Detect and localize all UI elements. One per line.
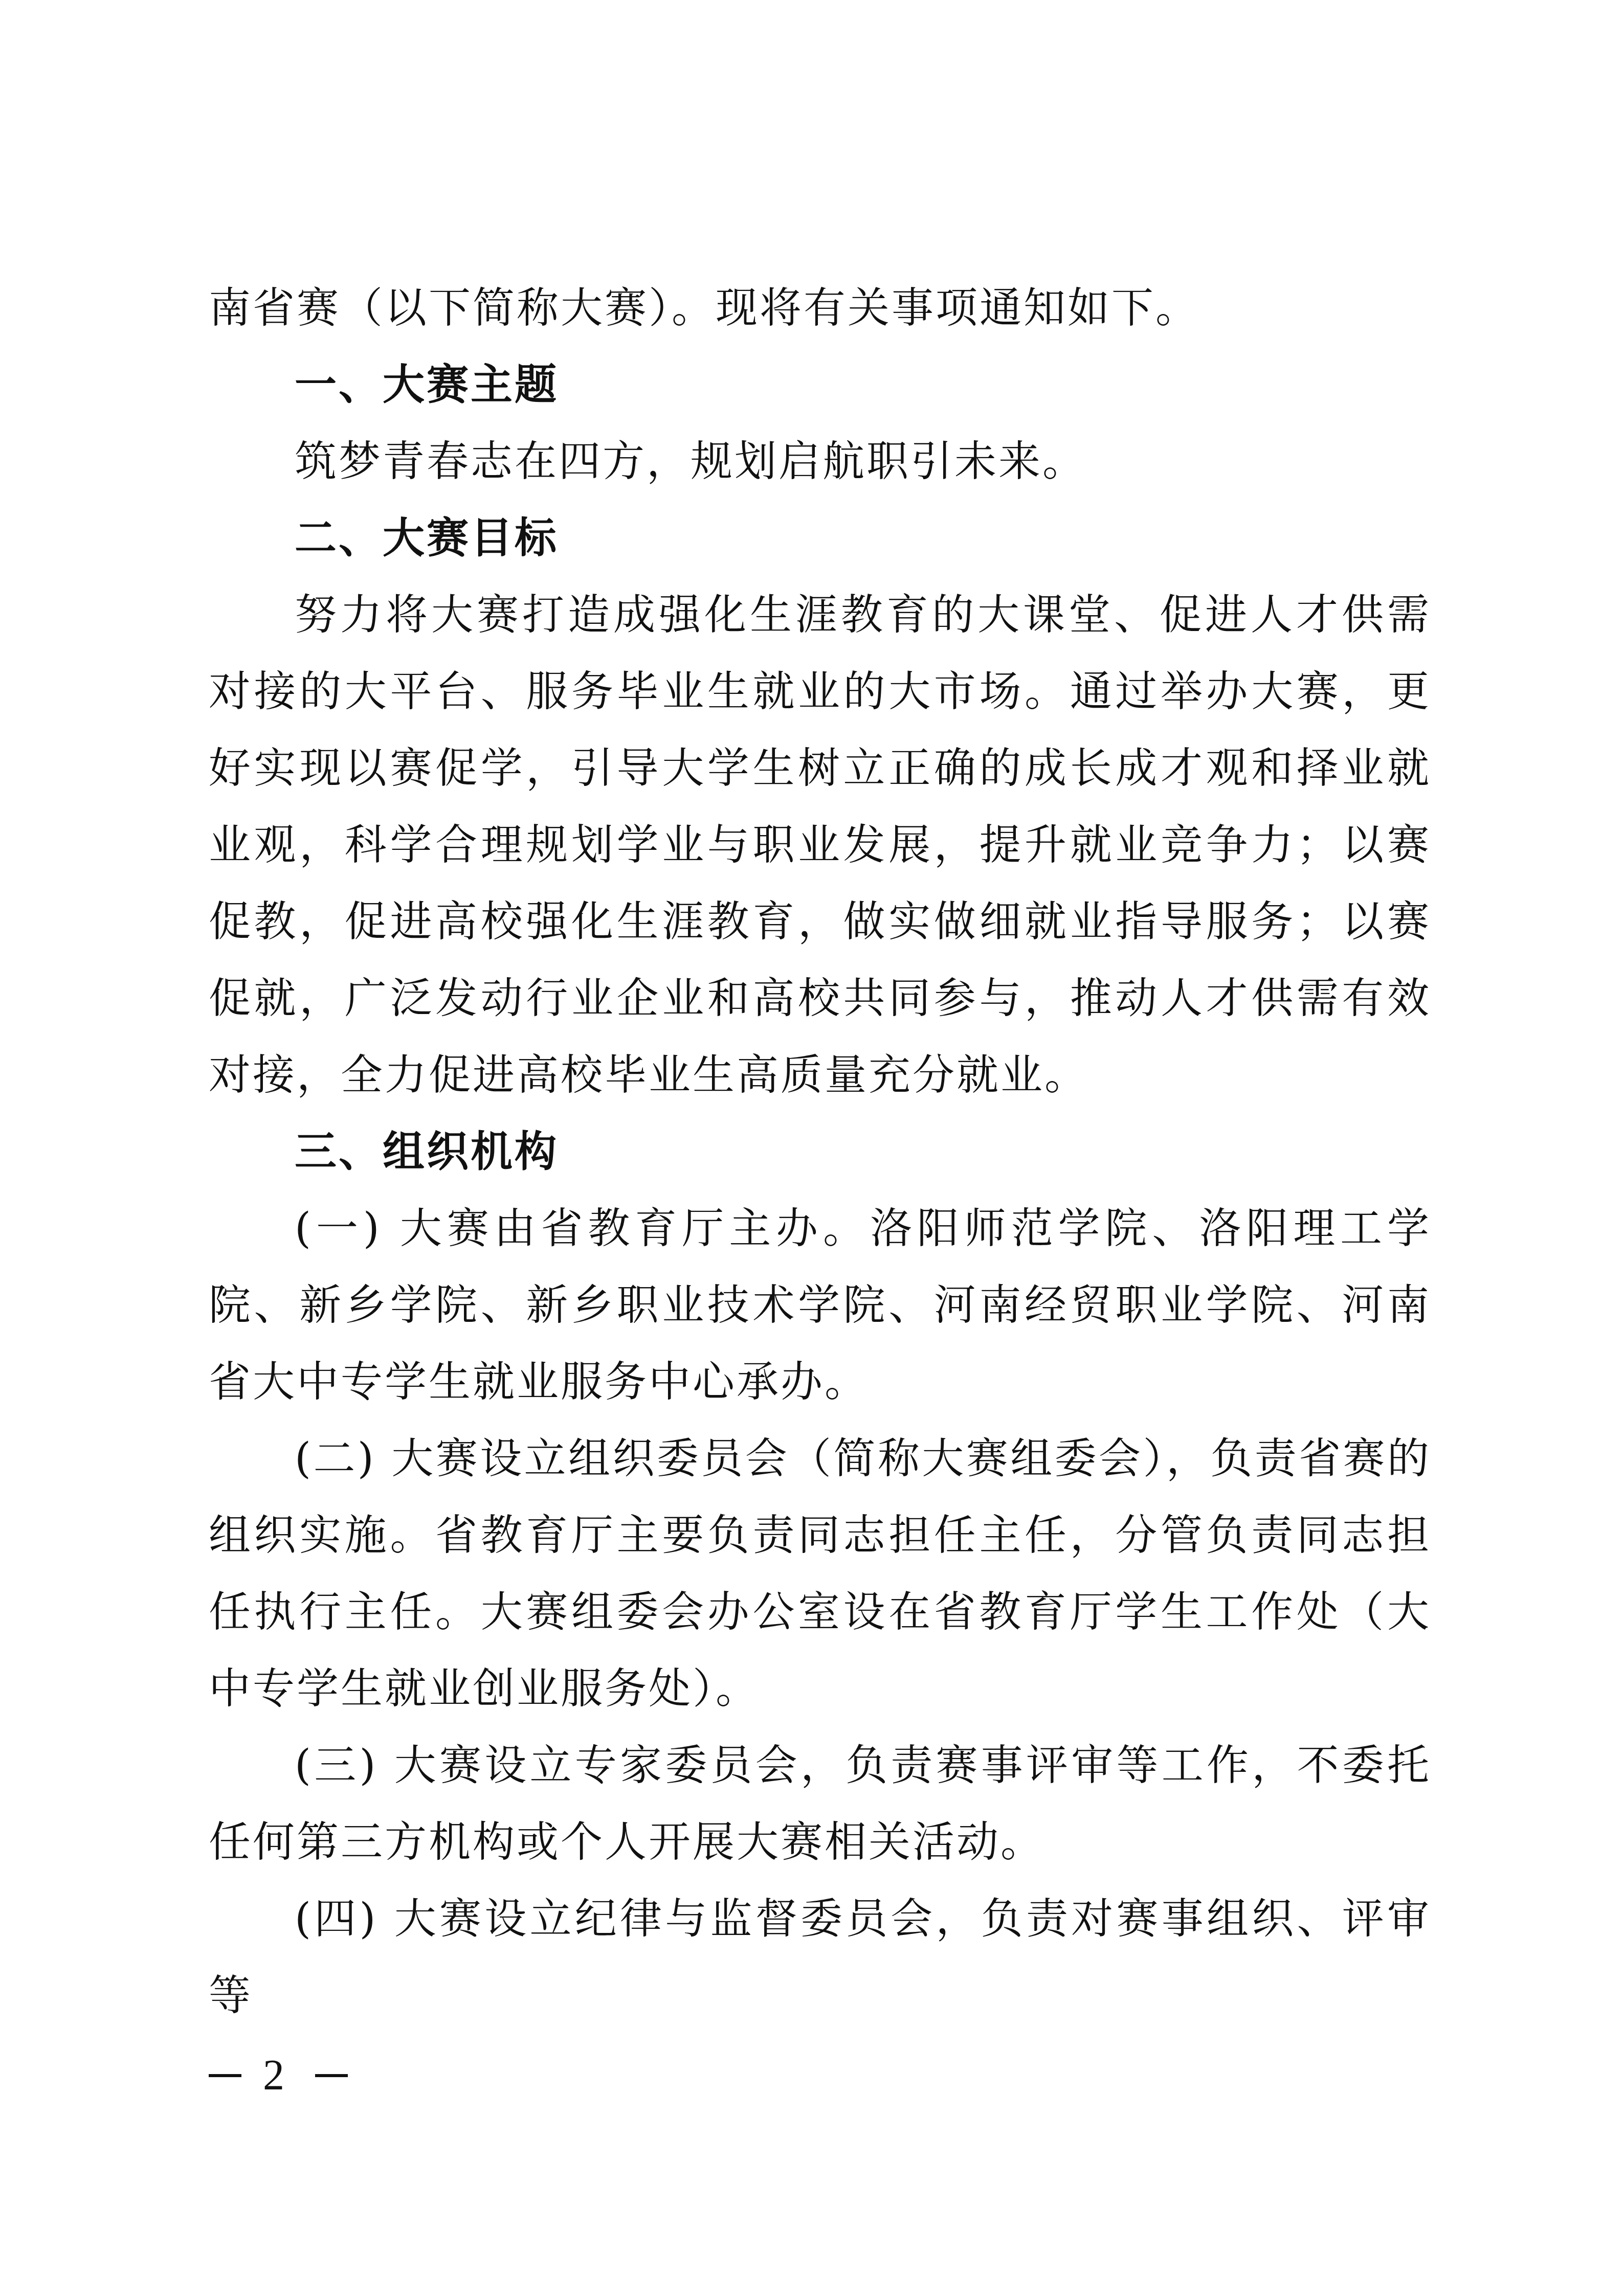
theme-paragraph: 筑梦青春志在四方，规划启航职引未来。: [209, 423, 1431, 500]
document-page: 南省赛（以下简称大赛）。现将有关事项通知如下。 一、大赛主题 筑梦青春志在四方，…: [0, 0, 1624, 2296]
section-heading-organization: 三、组织机构: [209, 1114, 1431, 1190]
goals-paragraph: 努力将大赛打造成强化生涯教育的大课堂、促进人才供需对接的大平台、服务毕业生就业的…: [209, 577, 1431, 1114]
organization-item-1: (一) 大赛由省教育厅主办。洛阳师范学院、洛阳理工学院、新乡学院、新乡职业技术学…: [209, 1190, 1431, 1421]
organization-item-3: (三) 大赛设立专家委员会，负责赛事评审等工作，不委托任何第三方机构或个人开展大…: [209, 1727, 1431, 1881]
intro-continuation: 南省赛（以下简称大赛）。现将有关事项通知如下。: [209, 270, 1431, 347]
page-number: 2: [209, 2051, 348, 2100]
page-number-value: 2: [263, 2051, 294, 2100]
dash-left: [209, 2074, 241, 2077]
organization-item-2: (二) 大赛设立组织委员会（简称大赛组委会），负责省赛的组织实施。省教育厅主要负…: [209, 1421, 1431, 1727]
section-heading-theme: 一、大赛主题: [209, 347, 1431, 423]
section-heading-goals: 二、大赛目标: [209, 500, 1431, 577]
document-body: 南省赛（以下简称大赛）。现将有关事项通知如下。 一、大赛主题 筑梦青春志在四方，…: [209, 270, 1431, 2034]
organization-item-4: (四) 大赛设立纪律与监督委员会，负责对赛事组织、评审等: [209, 1881, 1431, 2034]
dash-right: [315, 2074, 348, 2077]
